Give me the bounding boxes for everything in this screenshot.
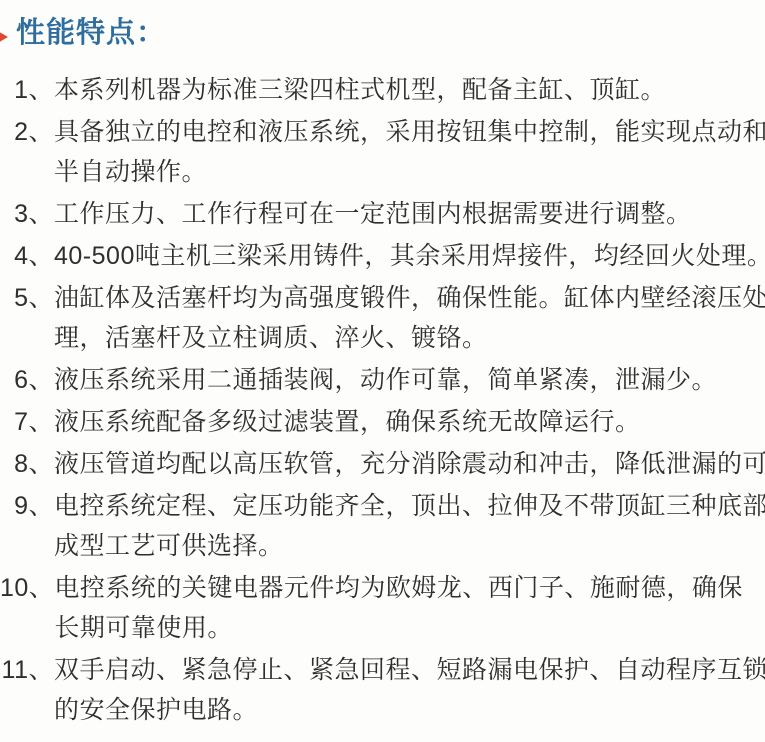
item-text-line: 具备独立的电控和液压系统，采用按钮集中控制，能实现点动和 (54, 112, 753, 152)
item-number: 2、 (0, 112, 54, 152)
feature-item-3: 3、工作压力、工作行程可在一定范围内根据需要进行调整。 (0, 194, 753, 234)
item-text-line: 的安全保护电路。 (54, 690, 753, 730)
item-text-line: 本系列机器为标准三梁四柱式机型，配备主缸、顶缸。 (54, 70, 753, 110)
item-number: 11、 (0, 650, 54, 690)
item-text: 液压系统配备多级过滤装置，确保系统无故障运行。 (54, 402, 753, 442)
item-text: 双手启动、紧急停止、紧急回程、短路漏电保护、自动程序互锁的安全保护电路。 (54, 650, 753, 730)
item-number: 7、 (0, 402, 54, 442)
feature-item-5: 5、油缸体及活塞杆均为高强度锻件，确保性能。缸体内壁经滚压处理，活塞杆及立柱调质… (0, 278, 753, 358)
item-text-line: 油缸体及活塞杆均为高强度锻件，确保性能。缸体内壁经滚压处 (54, 278, 753, 318)
item-text-line: 半自动操作。 (54, 152, 753, 192)
item-number: 10、 (0, 568, 54, 608)
item-text-line: 液压系统配备多级过滤装置，确保系统无故障运行。 (54, 402, 753, 442)
item-text: 液压系统采用二通插装阀，动作可靠，简单紧凑，泄漏少。 (54, 360, 753, 400)
item-text-line: 长期可靠使用。 (54, 608, 753, 648)
item-text: 液压管道均配以高压软管，充分消除震动和冲击，降低泄漏的可能。 (54, 444, 753, 484)
feature-list: 1、本系列机器为标准三梁四柱式机型，配备主缸、顶缸。2、具备独立的电控和液压系统… (0, 70, 765, 730)
feature-item-11: 11、双手启动、紧急停止、紧急回程、短路漏电保护、自动程序互锁的安全保护电路。 (0, 650, 753, 730)
item-text-line: 双手启动、紧急停止、紧急回程、短路漏电保护、自动程序互锁 (54, 650, 753, 690)
item-text: 电控系统的关键电器元件均为欧姆龙、西门子、施耐德，确保长期可靠使用。 (54, 568, 753, 648)
feature-item-2: 2、具备独立的电控和液压系统，采用按钮集中控制，能实现点动和半自动操作。 (0, 112, 753, 192)
item-text-line: 液压系统采用二通插装阀，动作可靠，简单紧凑，泄漏少。 (54, 360, 753, 400)
feature-item-10: 10、电控系统的关键电器元件均为欧姆龙、西门子、施耐德，确保长期可靠使用。 (0, 568, 753, 648)
item-number: 6、 (0, 360, 54, 400)
item-text: 工作压力、工作行程可在一定范围内根据需要进行调整。 (54, 194, 753, 234)
feature-item-8: 8、液压管道均配以高压软管，充分消除震动和冲击，降低泄漏的可能。 (0, 444, 753, 484)
item-number: 1、 (0, 70, 54, 110)
red-arrow-icon (0, 30, 8, 44)
item-text-line: 工作压力、工作行程可在一定范围内根据需要进行调整。 (54, 194, 753, 234)
feature-item-4: 4、40-500吨主机三梁采用铸件，其余采用焊接件，均经回火处理。 (0, 236, 753, 276)
item-number: 4、 (0, 236, 54, 276)
feature-item-1: 1、本系列机器为标准三梁四柱式机型，配备主缸、顶缸。 (0, 70, 753, 110)
item-number: 9、 (0, 486, 54, 526)
item-text-line: 液压管道均配以高压软管，充分消除震动和冲击，降低泄漏的可能。 (54, 444, 753, 484)
feature-item-7: 7、液压系统配备多级过滤装置，确保系统无故障运行。 (0, 402, 753, 442)
item-text: 具备独立的电控和液压系统，采用按钮集中控制，能实现点动和半自动操作。 (54, 112, 753, 192)
feature-item-6: 6、液压系统采用二通插装阀，动作可靠，简单紧凑，泄漏少。 (0, 360, 753, 400)
item-text: 本系列机器为标准三梁四柱式机型，配备主缸、顶缸。 (54, 70, 753, 110)
section-header: 性能特点： (0, 14, 765, 54)
item-text: 油缸体及活塞杆均为高强度锻件，确保性能。缸体内壁经滚压处理，活塞杆及立柱调质、淬… (54, 278, 753, 358)
document-page: 性能特点： 1、本系列机器为标准三梁四柱式机型，配备主缸、顶缸。2、具备独立的电… (0, 0, 765, 742)
item-text-line: 40-500吨主机三梁采用铸件，其余采用焊接件，均经回火处理。 (54, 236, 753, 276)
item-number: 8、 (0, 444, 54, 484)
item-text: 40-500吨主机三梁采用铸件，其余采用焊接件，均经回火处理。 (54, 236, 753, 276)
item-text-line: 电控系统的关键电器元件均为欧姆龙、西门子、施耐德，确保 (54, 568, 753, 608)
item-text-line: 电控系统定程、定压功能齐全，顶出、拉伸及不带顶缸三种底部 (54, 486, 753, 526)
item-number: 5、 (0, 278, 54, 318)
item-text: 电控系统定程、定压功能齐全，顶出、拉伸及不带顶缸三种底部成型工艺可供选择。 (54, 486, 753, 566)
item-text-line: 理，活塞杆及立柱调质、淬火、镀铬。 (54, 318, 753, 358)
item-number: 3、 (0, 194, 54, 234)
section-title: 性能特点： (16, 14, 765, 52)
item-text-line: 成型工艺可供选择。 (54, 526, 753, 566)
feature-item-9: 9、电控系统定程、定压功能齐全，顶出、拉伸及不带顶缸三种底部成型工艺可供选择。 (0, 486, 753, 566)
